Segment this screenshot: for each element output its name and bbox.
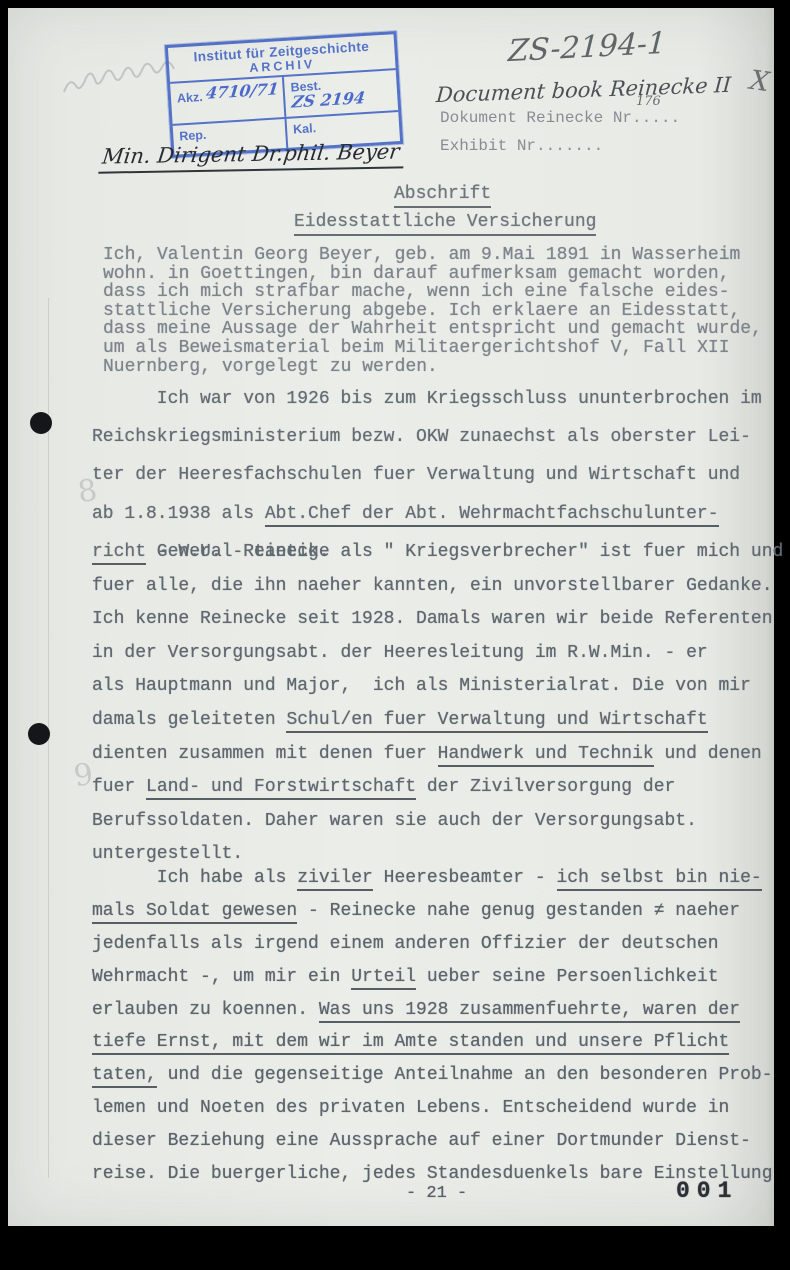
typed-line: Ich kenne Reinecke seit 1928. Damals war…	[92, 603, 783, 637]
typed-text: - Reinecke nahe genug gestanden ≠ naeher	[297, 901, 740, 921]
document-heading: Abschrift	[394, 184, 491, 208]
typed-line: als Hauptmann und Major, ich als Ministe…	[92, 670, 783, 704]
underlined-text: taten,	[92, 1065, 157, 1088]
page-number: - 21 -	[406, 1184, 467, 1203]
underlined-text: tiefe Ernst, mit dem wir im Amte standen…	[92, 1032, 729, 1055]
x-mark: X	[748, 65, 771, 98]
typed-line: ab 1.8.1938 als Abt.Chef der Abt. Wehrma…	[92, 495, 762, 533]
typed-line: ter der Heeresfachschulen fuer Verwaltun…	[92, 456, 762, 494]
best-cell: Best. ZS 2194	[282, 70, 398, 117]
typed-text: Nuernberg, vorgelegt zu werden.	[103, 357, 438, 377]
typed-line: dass meine Aussage der Wahrheit entspric…	[103, 320, 762, 339]
typed-text: dass meine Aussage der Wahrheit entspric…	[103, 319, 762, 339]
typed-text: dienten zusammen mit denen fuer	[92, 744, 438, 764]
underlined-text: ich selbst bin nie-	[557, 868, 762, 891]
typed-text: lemen und Noeten des privaten Lebens. En…	[92, 1098, 729, 1118]
archive-stamp: Institut für Zeitgeschichte ARCHIV Akz. …	[165, 31, 403, 158]
kal-label: Kal.	[293, 121, 317, 136]
akz-label: Akz.	[177, 90, 204, 106]
typed-line: Ich war von 1926 bis zum Kriegsschluss u…	[92, 380, 762, 418]
typed-line: dienten zusammen mit denen fuer Handwerk…	[92, 738, 783, 772]
typed-text: ab 1.8.1938 als	[92, 504, 265, 524]
typed-text: General Reinecke als " Kriegsverbrecher"…	[92, 542, 783, 562]
typed-text: stattliche Versicherung abgebe. Ich erkl…	[103, 301, 740, 321]
underlined-text: Land- und Forstwirtschaft	[146, 777, 416, 800]
underlined-text: ziviler	[297, 868, 373, 891]
typed-line: Ich habe als ziviler Heeresbeamter - ich…	[92, 862, 773, 895]
typed-text: ter der Heeresfachschulen fuer Verwaltun…	[92, 465, 740, 485]
underlined-text: mals Soldat gewesen	[92, 901, 297, 924]
page-ref-note: 176	[636, 94, 661, 109]
underlined-text: Abt.Chef der Abt. Wehrmachtfachschulunte…	[265, 504, 719, 527]
typed-text: Ich kenne Reinecke seit 1928. Damals war…	[92, 609, 773, 629]
punch-hole-dot	[28, 723, 50, 745]
typed-line: Ich, Valentin Georg Beyer, geb. am 9.Mai…	[103, 246, 762, 265]
typed-line: General Reinecke als " Kriegsverbrecher"…	[92, 536, 783, 570]
typed-text: fuer	[92, 777, 146, 797]
typed-line: Wehrmacht -, um mir ein Urteil ueber sei…	[92, 961, 773, 994]
typed-line: Reichskriegsministerium bezw. OKW zunaec…	[92, 418, 762, 456]
typed-text: Ich war von 1926 bis zum Kriegsschluss u…	[92, 389, 762, 409]
affidavit-paragraph-1: Ich, Valentin Georg Beyer, geb. am 9.Mai…	[103, 246, 762, 376]
best-value: ZS 2194	[291, 88, 366, 112]
typed-line: tiefe Ernst, mit dem wir im Amte standen…	[92, 1026, 773, 1059]
typed-text: Wehrmacht -, um mir ein	[92, 967, 351, 987]
typed-line: Berufssoldaten. Daher waren sie auch der…	[92, 805, 783, 839]
typed-text: in der Versorgungsabt. der Heeresleitung…	[92, 643, 708, 663]
underlined-text: Schul/en fuer Verwaltung und Wirtschaft	[286, 710, 707, 733]
typed-text: Heeresbeamter -	[373, 868, 557, 888]
author-note: Min. Dirigent Dr.phil. Beyer	[98, 139, 407, 173]
affidavit-paragraph-4: Ich habe als ziviler Heeresbeamter - ich…	[92, 862, 773, 1191]
akz-value: 4710/71	[205, 79, 280, 103]
underlined-text: Handwerk und Technik	[438, 744, 654, 767]
typed-text: der Zivilversorgung der	[416, 777, 675, 797]
typed-text: als Hauptmann und Major, ich als Ministe…	[92, 676, 751, 696]
typed-line: stattliche Versicherung abgebe. Ich erkl…	[103, 302, 762, 321]
document-subheading: Eidesstattliche Versicherung	[294, 212, 596, 236]
typed-text: wohn. in Goettingen, bin darauf aufmerks…	[103, 264, 730, 284]
typed-text: Ich, Valentin Georg Beyer, geb. am 9.Mai…	[103, 245, 740, 265]
archive-stamp-frame: Institut für Zeitgeschichte ARCHIV Akz. …	[165, 31, 403, 158]
typed-line: mals Soldat gewesen - Reinecke nahe genu…	[92, 895, 773, 928]
typed-line: jedenfalls als irgend einem anderen Offi…	[92, 928, 773, 961]
typed-line: Nuernberg, vorgelegt zu werden.	[103, 358, 762, 377]
folio-stamp-number: 001	[676, 1178, 738, 1204]
typed-line: lemen und Noeten des privaten Lebens. En…	[92, 1092, 773, 1125]
typed-line: erlauben zu koennen. Was uns 1928 zusamm…	[92, 994, 773, 1027]
akz-cell: Akz. 4710/71	[170, 77, 284, 124]
document-book-note: Document book Reinecke II	[435, 73, 731, 107]
typed-line: um als Beweismaterial beim Militaergeric…	[103, 339, 762, 358]
underlined-text: Urteil	[351, 967, 416, 990]
typed-text: und die gegenseitige Anteilnahme an den …	[157, 1065, 773, 1085]
exhibit-nr-line: Exhibit Nr.......	[440, 137, 603, 155]
scanned-document-screenshot: { "stamp": { "title": "Institut für Zeit…	[0, 0, 790, 1270]
rep-label: Rep.	[179, 128, 207, 144]
typed-line: dass ich mich strafbar mache, wenn ich e…	[103, 283, 762, 302]
dokument-nr-line: Dokument Reinecke Nr.....	[440, 109, 680, 127]
typed-line: fuer Land- und Forstwirtschaft der Zivil…	[92, 771, 783, 805]
typed-text: Ich habe als	[92, 868, 297, 888]
typed-text: Reichskriegsministerium bezw. OKW zunaec…	[92, 427, 751, 447]
typed-line: wohn. in Goettingen, bin darauf aufmerks…	[103, 265, 762, 284]
typed-line: damals geleiteten Schul/en fuer Verwaltu…	[92, 704, 783, 738]
typed-text: jedenfalls als irgend einem anderen Offi…	[92, 934, 719, 954]
typed-text: um als Beweismaterial beim Militaergeric…	[103, 338, 730, 358]
typed-text: Berufssoldaten. Daher waren sie auch der…	[92, 811, 697, 831]
underlined-text: Was uns 1928 zusammenfuehrte, waren der	[319, 1000, 740, 1023]
document-page: Institut für Zeitgeschichte ARCHIV Akz. …	[8, 8, 774, 1226]
zs-registry-number: ZS-2194-1	[507, 26, 667, 69]
typed-text: damals geleiteten	[92, 710, 286, 730]
typed-text: dass ich mich strafbar mache, wenn ich e…	[103, 282, 730, 302]
typed-line: fuer alle, die ihn naeher kannten, ein u…	[92, 570, 783, 604]
typed-line: in der Versorgungsabt. der Heeresleitung…	[92, 637, 783, 671]
typed-line: dieser Beziehung eine Aussprache auf ein…	[92, 1125, 773, 1158]
typed-text: ueber seine Persoenlichkeit	[416, 967, 718, 987]
punch-hole-dot	[30, 412, 52, 434]
affidavit-paragraph-3: General Reinecke als " Kriegsverbrecher"…	[92, 536, 783, 872]
typed-text: erlauben zu koennen.	[92, 1000, 319, 1020]
typed-text: reise. Die buergerliche, jedes Standesdu…	[92, 1164, 773, 1184]
typed-line: taten, und die gegenseitige Anteilnahme …	[92, 1059, 773, 1092]
typed-text: fuer alle, die ihn naeher kannten, ein u…	[92, 576, 773, 596]
typed-text: dieser Beziehung eine Aussprache auf ein…	[92, 1131, 751, 1151]
typed-text: und denen	[654, 744, 762, 764]
